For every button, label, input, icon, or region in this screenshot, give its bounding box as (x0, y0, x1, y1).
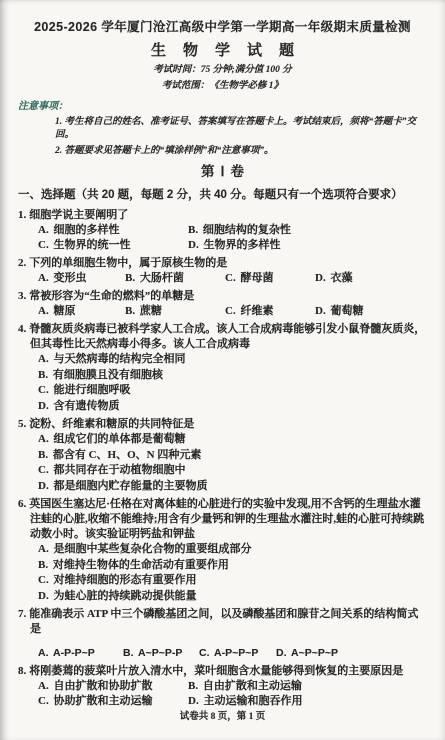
question-options: A. 自由扩散和协助扩散B. 自由扩散和主动运输C. 协助扩散和主动运输D. 主… (18, 679, 427, 709)
volume-heading: 第Ⅰ卷 (18, 163, 427, 181)
section-part-heading: 一、选择题（共 20 题，每题 2 分，共 40 分。每题只有一个选项符合要求） (18, 188, 427, 203)
option-text: 组成它们的单体都是葡萄糖 (53, 433, 185, 445)
option-text: 主动运输和胞吞作用 (203, 695, 302, 707)
option-3-D: D. 葡萄糖 (315, 304, 427, 319)
option-label: D. (38, 480, 51, 492)
question-stem-line: 6.英国医生塞达尼·任格在对离体蛙的心脏进行的实验中发现,用不含钙的生理盐水灌注… (18, 497, 427, 542)
option-6-D: D. 为蛙心脏的持续跳动提供能量 (38, 589, 427, 605)
option-label: B. (38, 369, 50, 381)
option-label: D. (315, 272, 328, 284)
option-text: 为蛙心脏的持续跳动提供能量 (53, 590, 196, 602)
option-label: C. (38, 384, 51, 396)
question-stem-line: 3.常被形容为“生命的燃料”的单糖是 (18, 289, 427, 304)
option-label: C. (38, 574, 51, 586)
option-label: A. (38, 647, 51, 659)
option-8-A: A. 自由扩散和协助扩散 (38, 679, 188, 694)
notice-item-2: 2. 答题要求见答题卡上的“填涂样例”和“注意事项”。 (18, 145, 427, 158)
option-3-C: C. 纤维素 (225, 304, 315, 319)
option-6-B: B. 对维持生物体的生命活动有重要作用 (38, 558, 427, 574)
option-1-D: D. 生物界的多样性 (188, 238, 427, 253)
option-2-A: A. 变形虫 (38, 271, 125, 286)
option-label: A. (38, 272, 51, 284)
question-3: 3.常被形容为“生命的燃料”的单糖是 A. 糖原B. 蔗糖C. 纤维素D. 葡萄… (18, 289, 427, 319)
option-label: D. (188, 239, 201, 251)
option-text: 对维持生物体的生命活动有重要作用 (53, 559, 229, 571)
question-1: 1.细胞学说主要阐明了 A. 细胞的多样性B. 细胞结构的复杂性C. 生物界的统… (18, 208, 427, 253)
option-4-C: C. 能进行细胞呼吸 (38, 383, 427, 399)
option-label: D. (188, 695, 201, 707)
questions-list: 1.细胞学说主要阐明了 A. 细胞的多样性B. 细胞结构的复杂性C. 生物界的统… (18, 205, 427, 709)
question-stem: 脊髓灰质炎病毒已被科学家人工合成。该人工合成病毒能够引发小鼠脊髓灰质炎，但其毒性… (29, 323, 425, 350)
question-stem-line: 5.淀粉、纤维素和糖原的共同特征是 (18, 417, 427, 432)
option-text: 酵母菌 (240, 272, 273, 284)
option-text: 细胞结构的复杂性 (203, 224, 291, 236)
question-stem-line: 4.脊髓灰质炎病毒已被科学家人工合成。该人工合成病毒能够引发小鼠脊髓灰质炎，但其… (18, 322, 427, 352)
option-label: D. (276, 647, 289, 659)
question-stem-line: 8.将刚萎蔫的菠菜叶片放入清水中，菜叶细胞含水量能够得到恢复的主要原因是 (18, 664, 427, 679)
option-text: 自由扩散和主动运输 (203, 680, 302, 692)
option-text: 与天然病毒的结构完全相同 (53, 353, 185, 365)
question-7: 7.能准确表示 ATP 中三个磷酸基团之间，以及磷酸基团和腺苷之间关系的结构简式… (18, 607, 427, 661)
option-text: 含有遗传物质 (53, 400, 119, 412)
exam-title: 2025-2026 学年厦门沧江高级中学第一学期高一年级期末质量检测 (18, 18, 427, 36)
option-text: 糖原 (53, 305, 75, 317)
option-text: 是细胞中某些复杂化合物的重要组成部分 (53, 543, 251, 555)
option-label: A. (38, 353, 51, 365)
option-6-A: A. 是细胞中某些复杂化合物的重要组成部分 (38, 542, 427, 558)
question-stem-line: 7.能准确表示 ATP 中三个磷酸基团之间，以及磷酸基团和腺苷之间关系的结构简式… (18, 607, 427, 637)
option-text: A~P~P-P (138, 647, 182, 659)
option-text: A~P~P~P (291, 647, 338, 659)
option-3-A: A. 糖原 (38, 304, 125, 319)
option-7-D: D. A~P~P~P (276, 646, 427, 661)
option-text: 能进行细胞呼吸 (53, 384, 130, 396)
option-5-C: C. 都共同存在于动植物细胞中 (38, 463, 427, 479)
option-label: B. (188, 680, 200, 692)
option-label: A. (38, 433, 51, 445)
option-text: 细胞的多样性 (53, 224, 119, 236)
option-label: C. (199, 647, 212, 659)
question-stem-line: 1.细胞学说主要阐明了 (18, 208, 427, 223)
question-number: 2. (18, 257, 29, 269)
option-2-C: C. 酵母菌 (225, 271, 315, 286)
question-number: 5. (18, 418, 29, 430)
option-text: 都共同存在于动植物细胞中 (53, 464, 185, 476)
question-options: A. 组成它们的单体都是葡萄糖B. 都含有 C、H、O、N 四种元素C. 都共同… (18, 432, 427, 494)
page-footer: 试卷共 8 页，第 1 页 (18, 711, 427, 724)
option-label: A. (38, 680, 51, 692)
option-text: 生物界的统一性 (53, 239, 130, 251)
question-2: 2.下列的单细胞生物中，属于原核生物的是 A. 变形虫B. 大肠杆菌C. 酵母菌… (18, 256, 427, 286)
option-1-A: A. 细胞的多样性 (38, 223, 188, 238)
question-5: 5.淀粉、纤维素和糖原的共同特征是 A. 组成它们的单体都是葡萄糖B. 都含有 … (18, 417, 427, 494)
option-label: A. (38, 543, 51, 555)
option-4-B: B. 有细胞膜且没有细胞核 (38, 368, 427, 384)
option-2-D: D. 衣藻 (315, 271, 427, 286)
option-text: A-P-P~P (53, 647, 95, 659)
option-4-D: D. 含有遗传物质 (38, 399, 427, 415)
option-label: B. (123, 647, 136, 659)
option-text: 大肠杆菌 (140, 272, 184, 284)
option-label: B. (125, 305, 137, 317)
option-text: 蔗糖 (140, 305, 162, 317)
option-label: C. (38, 464, 51, 476)
option-label: B. (38, 559, 50, 571)
exam-time-info: 考试时间：75 分钟;满分值 100 分 (18, 64, 427, 77)
option-1-C: C. 生物界的统一性 (38, 238, 188, 253)
question-stem: 能准确表示 ATP 中三个磷酸基团之间，以及磷酸基团和腺苷之间关系的结构简式是 (29, 608, 418, 635)
question-number: 4. (18, 323, 29, 335)
option-text: 协助扩散和主动运输 (53, 695, 152, 707)
question-stem: 淀粉、纤维素和糖原的共同特征是 (29, 418, 194, 430)
option-label: C. (225, 305, 238, 317)
question-stem: 常被形容为“生命的燃料”的单糖是 (29, 290, 194, 302)
option-4-A: A. 与天然病毒的结构完全相同 (38, 352, 427, 368)
option-text: A-P~P~P (214, 647, 258, 659)
exam-paper-page: 2025-2026 学年厦门沧江高级中学第一学期高一年级期末质量检测 生物学试题… (0, 0, 445, 740)
option-label: D. (38, 400, 51, 412)
question-stem: 将刚萎蔫的菠菜叶片放入清水中，菜叶细胞含水量能够得到恢复的主要原因是 (29, 665, 403, 677)
option-8-C: C. 协助扩散和主动运输 (38, 694, 188, 709)
exam-subject-title: 生物学试题 (18, 41, 427, 61)
option-7-A: A. A-P-P~P (38, 646, 123, 661)
option-5-D: D. 都是细胞内贮存能量的主要物质 (38, 479, 427, 495)
question-6: 6.英国医生塞达尼·任格在对离体蛙的心脏进行的实验中发现,用不含钙的生理盐水灌注… (18, 497, 427, 604)
option-8-B: B. 自由扩散和主动运输 (188, 679, 427, 694)
option-text: 衣藻 (330, 272, 352, 284)
option-label: C. (38, 239, 51, 251)
notices-block: 注意事项： 1. 考生将自己的姓名、准考证号、答案填写在答题卡上。考试结束后，须… (18, 100, 427, 158)
option-text: 葡萄糖 (330, 305, 363, 317)
option-label: D. (38, 590, 51, 602)
question-options: A. 细胞的多样性B. 细胞结构的复杂性C. 生物界的统一性D. 生物界的多样性 (18, 223, 427, 253)
option-text: 都是细胞内贮存能量的主要物质 (53, 480, 207, 492)
option-label: B. (188, 224, 200, 236)
exam-scope-info: 考试范围：《生物学必修 1》 (18, 80, 427, 93)
question-options: A. 变形虫B. 大肠杆菌C. 酵母菌D. 衣藻 (18, 271, 427, 286)
option-5-A: A. 组成它们的单体都是葡萄糖 (38, 432, 427, 448)
option-text: 生物界的多样性 (203, 239, 280, 251)
question-number: 7. (18, 608, 29, 620)
option-6-C: C. 对维持细胞的形态有重要作用 (38, 573, 427, 589)
option-2-B: B. 大肠杆菌 (125, 271, 225, 286)
option-text: 都含有 C、H、O、N 四种元素 (53, 449, 202, 461)
option-8-D: D. 主动运输和胞吞作用 (188, 694, 427, 709)
option-label: A. (38, 224, 51, 236)
option-text: 自由扩散和协助扩散 (53, 680, 152, 692)
question-options: A. 是细胞中某些复杂化合物的重要组成部分B. 对维持生物体的生命活动有重要作用… (18, 542, 427, 604)
question-4: 4.脊髓灰质炎病毒已被科学家人工合成。该人工合成病毒能够引发小鼠脊髓灰质炎，但其… (18, 322, 427, 414)
option-7-B: B. A~P~P-P (123, 646, 199, 661)
option-label: C. (225, 272, 238, 284)
option-label: B. (38, 449, 50, 461)
question-options: A. A-P-P~PB. A~P~P-PC. A-P~P~PD. A~P~P~P (18, 646, 427, 661)
question-stem: 英国医生塞达尼·任格在对离体蛙的心脏进行的实验中发现,用不含钙的生理盐水灌注蛙的… (29, 498, 424, 540)
notices-heading: 注意事项： (18, 100, 427, 113)
option-text: 有细胞膜且没有细胞核 (53, 369, 163, 381)
question-number: 1. (18, 209, 29, 221)
question-stem-line: 2.下列的单细胞生物中，属于原核生物的是 (18, 256, 427, 271)
question-options: A. 糖原B. 蔗糖C. 纤维素D. 葡萄糖 (18, 304, 427, 319)
question-8: 8.将刚萎蔫的菠菜叶片放入清水中，菜叶细胞含水量能够得到恢复的主要原因是 A. … (18, 664, 427, 709)
option-5-B: B. 都含有 C、H、O、N 四种元素 (38, 448, 427, 464)
question-number: 8. (18, 665, 29, 677)
option-label: A. (38, 305, 51, 317)
option-label: C. (38, 695, 51, 707)
option-label: B. (125, 272, 137, 284)
question-number: 6. (18, 498, 29, 510)
option-label: D. (315, 305, 328, 317)
option-text: 纤维素 (240, 305, 273, 317)
question-number: 3. (18, 290, 29, 302)
option-7-C: C. A-P~P~P (199, 646, 276, 661)
notice-item-1: 1. 考生将自己的姓名、准考证号、答案填写在答题卡上。考试结束后，须将“答题卡”… (18, 116, 427, 142)
option-text: 对维持细胞的形态有重要作用 (53, 574, 196, 586)
question-stem: 细胞学说主要阐明了 (29, 209, 128, 221)
question-stem: 下列的单细胞生物中，属于原核生物的是 (29, 257, 227, 269)
option-3-B: B. 蔗糖 (125, 304, 225, 319)
option-text: 变形虫 (53, 272, 86, 284)
question-options: A. 与天然病毒的结构完全相同B. 有细胞膜且没有细胞核C. 能进行细胞呼吸D.… (18, 352, 427, 414)
option-1-B: B. 细胞结构的复杂性 (188, 223, 427, 238)
